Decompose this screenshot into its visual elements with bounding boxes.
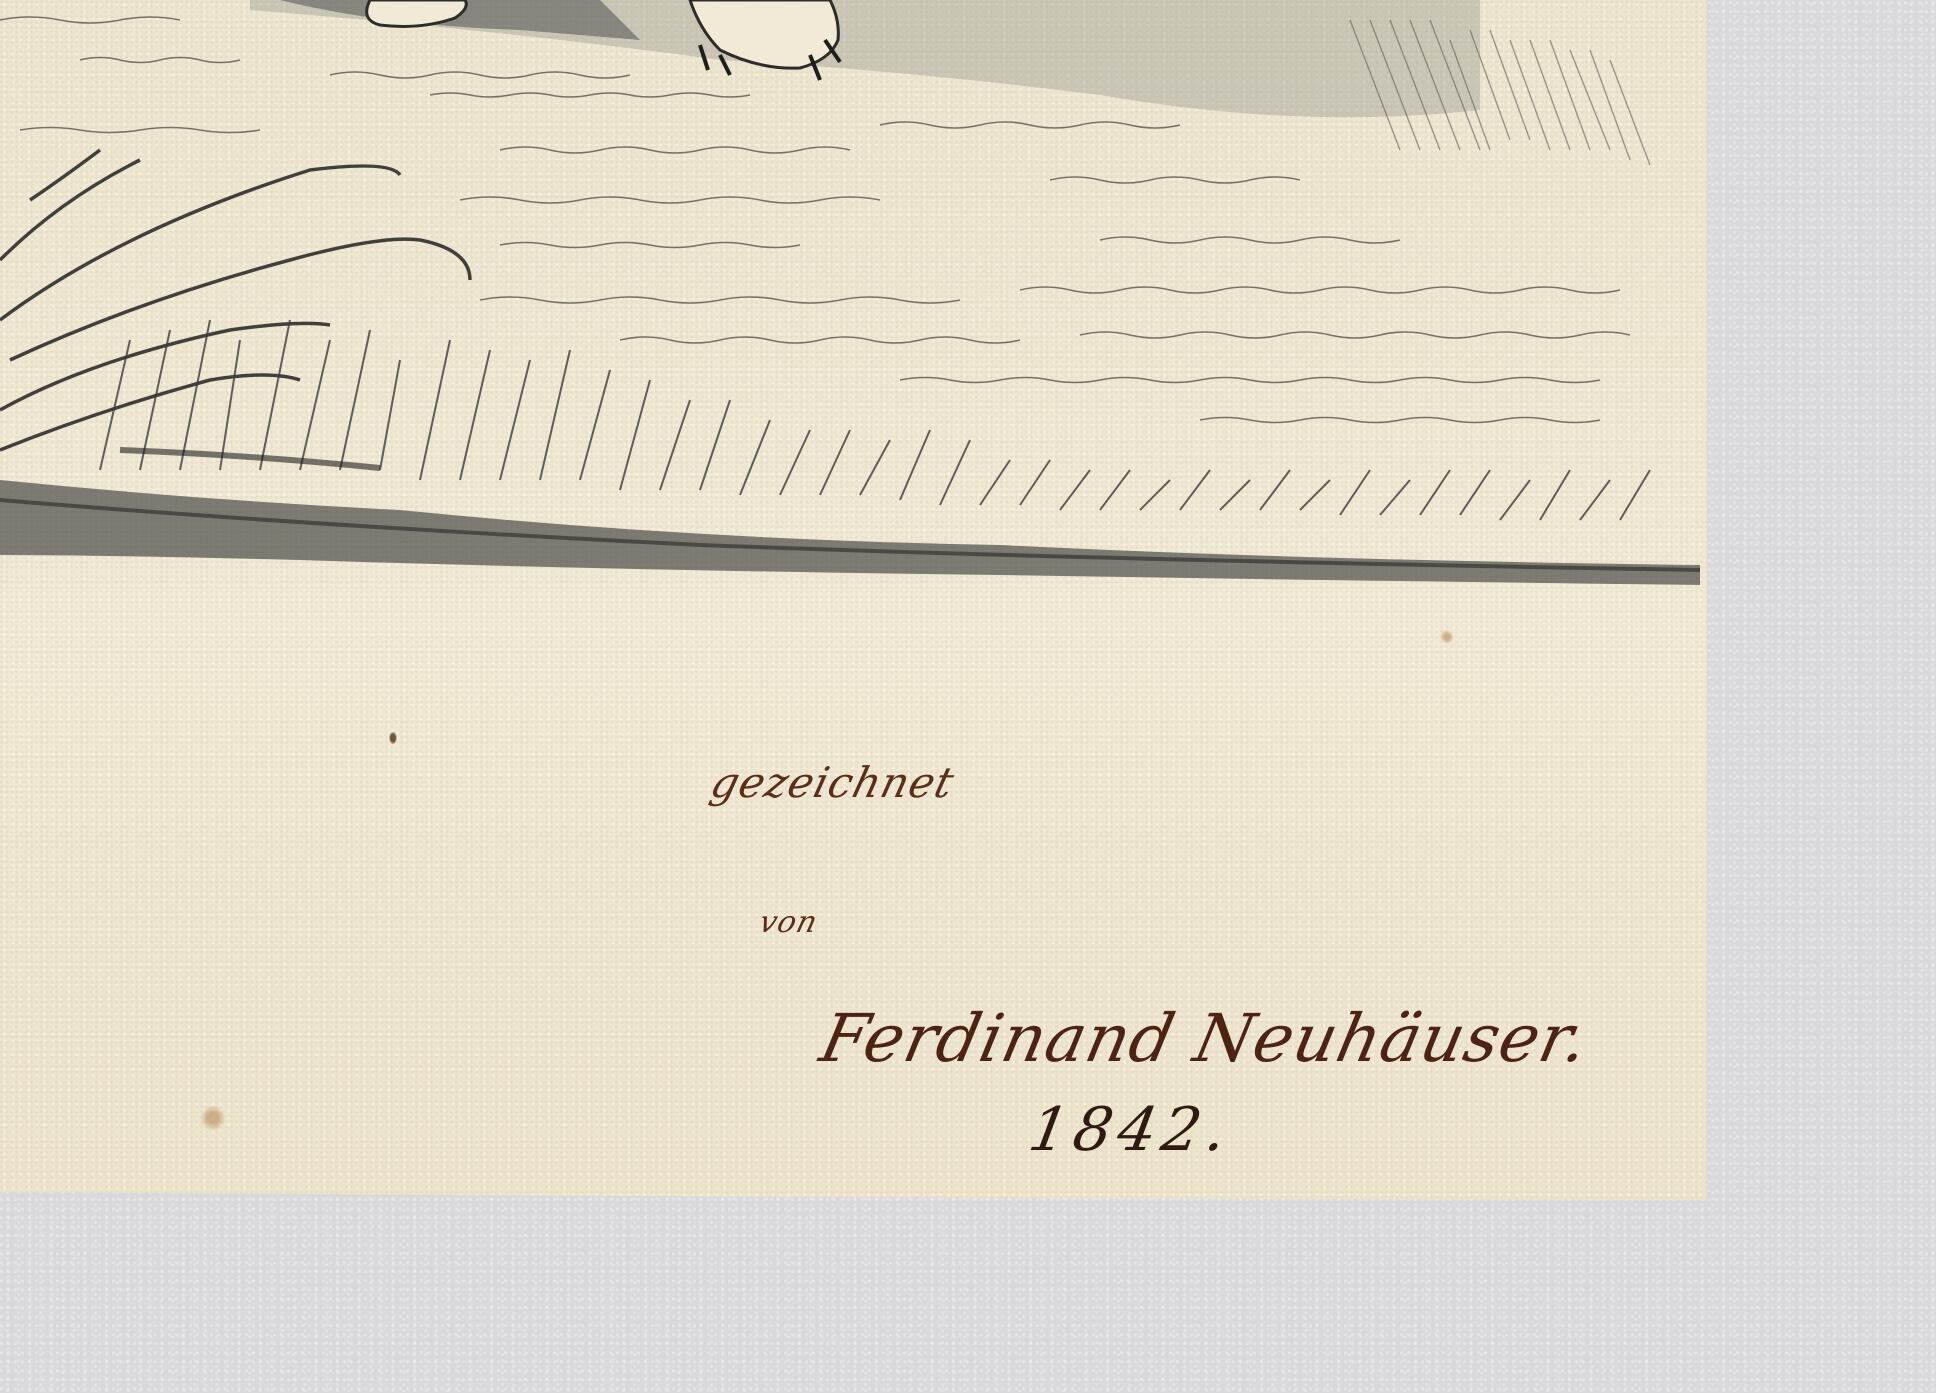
inscription-von: von bbox=[756, 905, 822, 940]
foxing-stain bbox=[200, 1105, 226, 1131]
drawing-sketch bbox=[0, 0, 1707, 590]
pencil-drawing bbox=[0, 0, 1707, 590]
inscription-drawn-by: gezeichnet bbox=[706, 758, 960, 807]
artist-signature: Ferdinand Neuhäuser. bbox=[814, 1000, 1596, 1077]
signature-date: 1842. bbox=[1024, 1095, 1238, 1165]
paper-sheet: gezeichnet von Ferdinand Neuhäuser. 1842… bbox=[0, 0, 1707, 1200]
paper-pinhole bbox=[388, 730, 398, 746]
foxing-stain bbox=[1440, 630, 1454, 644]
